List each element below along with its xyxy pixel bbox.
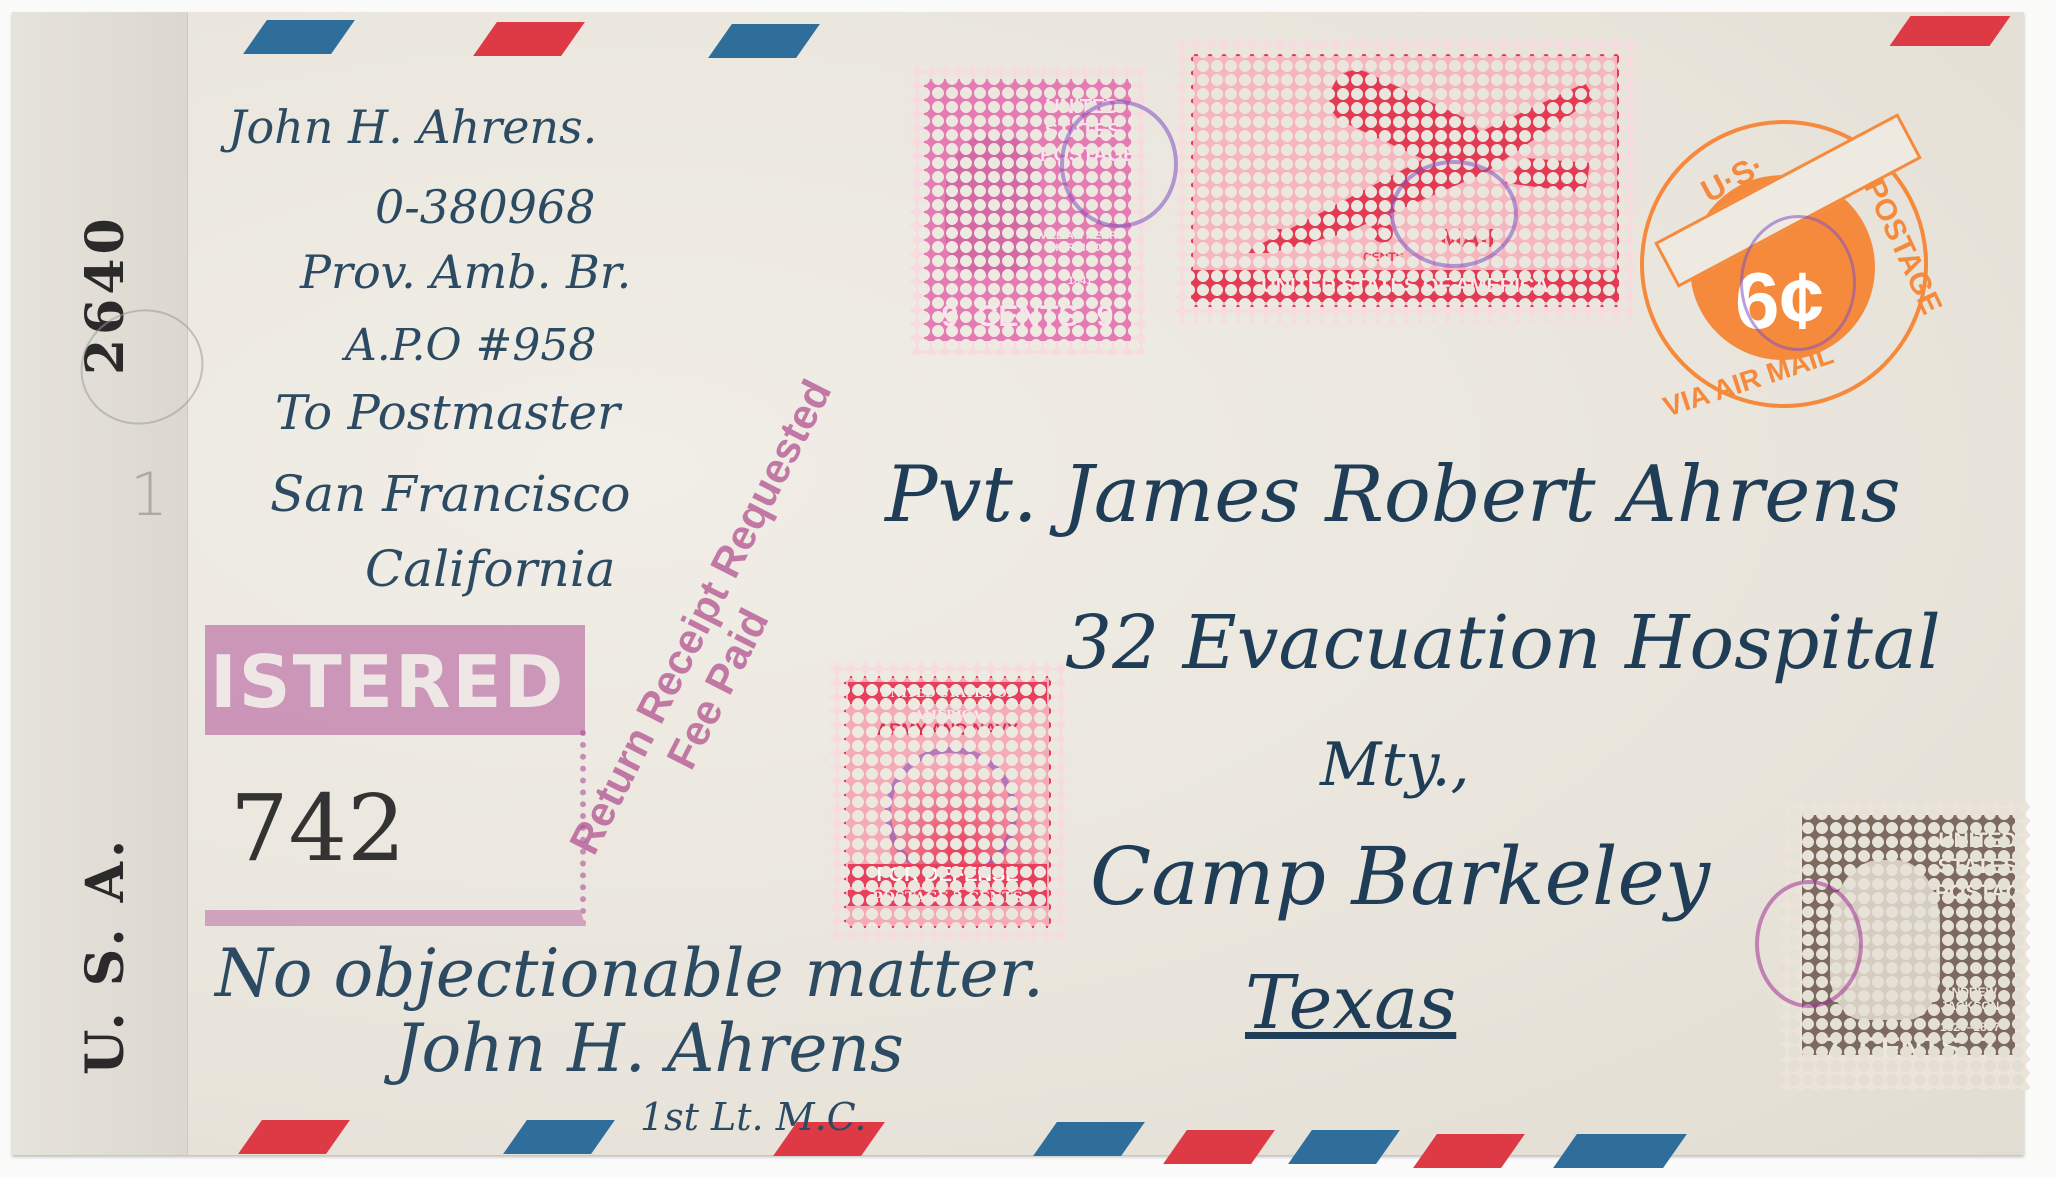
return-address-line: John H. Ahrens. [228, 100, 597, 154]
recipient-line: 32 Evacuation Hospital [1065, 600, 1941, 686]
registered-label: ISTERED [210, 640, 565, 724]
return-address-line: To Postmaster [275, 385, 620, 441]
censor-country: U. S. A. [75, 836, 136, 1075]
portrait-icon [945, 135, 1040, 275]
stamp-value: 9 CENTS 9 [930, 300, 1125, 334]
embossed-indicium-6c: U·S· POSTAGE VIA AIR MAIL 6¢ [1640, 120, 1940, 420]
return-address-line: Prov. Amb. Br. [300, 245, 631, 299]
stamp-air-label: AIR [1270, 223, 1315, 254]
recipient-line: Pvt. James Robert Ahrens [885, 450, 1901, 540]
stamp-subject: WILLIAM HENRY HARRISON [1035, 230, 1125, 254]
stamp-subject: ANDREW JACKSON [1930, 985, 2010, 1013]
registry-number: 742 [230, 775, 406, 882]
stamp-title: ARMY AND NAVY [848, 720, 1047, 740]
stamp-year: 1841 [1035, 275, 1125, 287]
stamp-country: UNITED STATES OF AMERICA [1193, 270, 1617, 302]
stamp-country: UNITED STATES OF AMERICA [848, 682, 1047, 704]
postmark-cancel [1390, 160, 1518, 268]
postmark-cancel [1755, 880, 1863, 1008]
postmark-cancel [1060, 100, 1178, 228]
endorsement-rank: 1st Lt. M.C. [640, 1095, 866, 1139]
stamp-country: UNITED STATES POSTAGE [1935, 828, 2020, 906]
stamp-subtitle: FOR DEFENSE [848, 864, 1047, 887]
return-address-line: San Francisco [270, 465, 631, 523]
pencil-mark: 1 [130, 460, 168, 530]
recipient-line: Mty., [1320, 730, 1470, 800]
stamp-denom: CENTS [1363, 250, 1404, 264]
endorsement-line: No objectionable matter. [215, 935, 1044, 1012]
endorsement-signature: John H. Ahrens [395, 1010, 904, 1087]
return-address-line: California [365, 540, 616, 598]
recipient-line: Camp Barkeley [1090, 830, 1710, 923]
stamp-value: POSTAGE 2 CENTS [848, 890, 1047, 906]
stamp-value: 7 CENTS 7 [1805, 1032, 2015, 1066]
return-address-line: 0-380968 [375, 180, 595, 234]
recipient-line: Texas [1245, 960, 1456, 1046]
stamp-defense-2c: UNITED STATES OF AMERICA ARMY AND NAVY F… [830, 662, 1065, 942]
return-address-line: A.P.O #958 [345, 320, 596, 371]
